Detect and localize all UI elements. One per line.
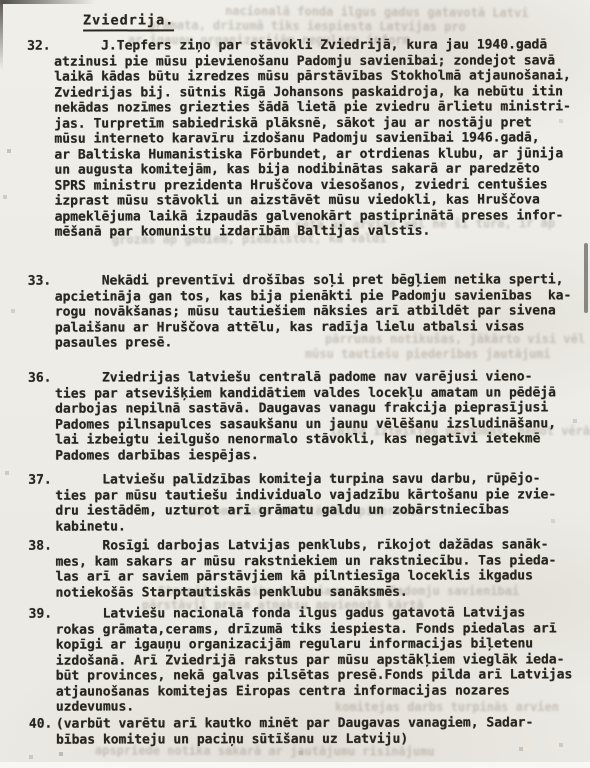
paragraph-text: Zviedrijas latviešu centralā padome nav … [55, 369, 556, 463]
paragraph-text: Rosīgi darbojas Latvijas penklubs, rīkoj… [55, 537, 556, 600]
section-heading: Zviedrija. [83, 12, 174, 31]
scan-artifact-left-edge [0, 0, 3, 70]
paragraph-37: 37. Latviešu palīdzības komiteja turpina… [28, 471, 556, 534]
scan-artifact-right-streak [584, 243, 588, 313]
paragraph-number: 37. [28, 473, 52, 488]
paragraph-36: 36. Zviedrijas latviešu centralā padome … [28, 369, 556, 463]
paragraph-number: 32. [27, 39, 51, 54]
paragraph-32: 32. J.Tepfers ziņo par stāvokli Zviedrij… [27, 37, 571, 240]
paragraph-text: (varbūt varētu arī kautko minēt par Daug… [56, 715, 534, 747]
paragraph-text: J.Tepfers ziņo par stāvokli Zviedrijā, k… [54, 37, 571, 240]
scan-artifact-top-edge [0, 0, 95, 4]
paragraph-38: 38. Rosīgi darbojas Latvijas penklubs, r… [28, 537, 556, 600]
paragraph-number: 36. [28, 371, 52, 386]
paragraph-number: 39. [29, 607, 53, 622]
paragraph-number: 38. [28, 539, 52, 554]
paragraph-text: Latviešu nacionalā fonda ilgus gadus gat… [56, 605, 573, 715]
paragraph-33: 33. Nekādi preventīvi drošības soļi pret… [28, 272, 572, 351]
paragraph-39: 39. Latviešu nacionalā fonda ilgus gadus… [29, 605, 573, 715]
scan-artifact-bottom-strip [0, 762, 590, 768]
paragraph-number: 40. [29, 717, 53, 732]
paragraph-number: 33. [28, 274, 52, 289]
paragraph-text: Latviešu palīdzības komiteja turpina sav… [55, 471, 556, 534]
typed-text-layer: Zviedrija. 32. J.Tepfers ziņo par stāvok… [0, 0, 590, 768]
document-page: nacionalā fonda ilgus gadus gatavotā Lat… [0, 0, 590, 768]
paragraph-40: 40. (varbūt varētu arī kautko minēt par … [29, 715, 534, 747]
scan-artifact-specks [0, 0, 2, 2]
paragraph-text: Nekādi preventīvi drošības soļi pret bēg… [55, 272, 572, 351]
